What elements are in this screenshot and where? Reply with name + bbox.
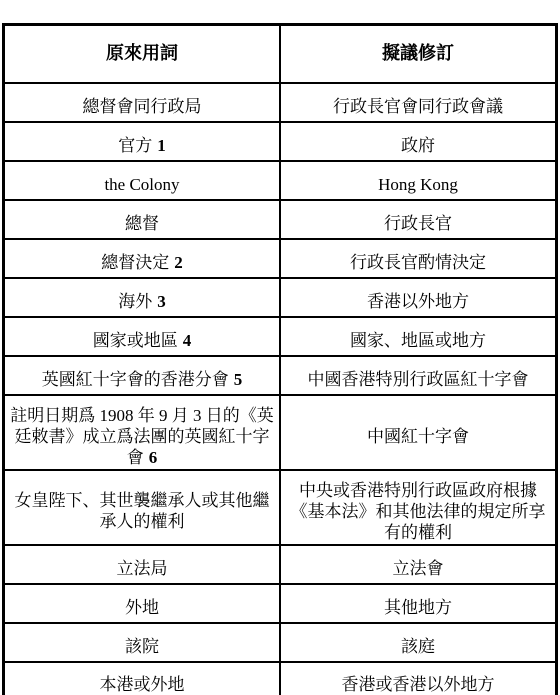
footnote-number: 3 bbox=[157, 292, 166, 311]
cell-original: 女皇陛下、其世襲繼承人或其他繼承人的權利 bbox=[4, 470, 281, 545]
cell-original: 立法局 bbox=[4, 545, 281, 584]
table-row: 國家或地區4 國家、地區或地方 bbox=[4, 317, 557, 356]
table-row: 外地 其他地方 bbox=[4, 584, 557, 623]
header-row: 原來用詞 擬議修訂 bbox=[4, 25, 557, 83]
cell-original: 總督決定2 bbox=[4, 239, 281, 278]
cell-original: 本港或外地 bbox=[4, 662, 281, 695]
footnote-number: 6 bbox=[149, 448, 158, 467]
table-row: 官方1 政府 bbox=[4, 122, 557, 161]
cell-text: 英國紅十字會的香港分會 bbox=[42, 370, 229, 389]
header-original-term: 原來用詞 bbox=[4, 25, 281, 83]
cell-text: 該庭 bbox=[401, 637, 435, 656]
cell-text: 立法局 bbox=[117, 559, 168, 578]
table-row: 總督會同行政局 行政長官會同行政會議 bbox=[4, 83, 557, 122]
cell-text: 香港或香港以外地方 bbox=[342, 675, 495, 694]
cell-text: 國家、地區或地方 bbox=[350, 331, 486, 350]
cell-original: 註明日期爲 1908 年 9 月 3 日的《英廷敕書》成立爲法團的英國紅十字會6 bbox=[4, 395, 281, 470]
cell-revised: 香港或香港以外地方 bbox=[280, 662, 557, 695]
document-page: 原來用詞 擬議修訂 總督會同行政局 行政長官會同行政會議 官方1 政府 the … bbox=[0, 0, 560, 695]
cell-original: 外地 bbox=[4, 584, 281, 623]
terminology-table: 原來用詞 擬議修訂 總督會同行政局 行政長官會同行政會議 官方1 政府 the … bbox=[2, 23, 558, 695]
cell-text: 總督 bbox=[125, 214, 159, 233]
cell-original: 國家或地區4 bbox=[4, 317, 281, 356]
cell-revised: 行政長官酌情決定 bbox=[280, 239, 557, 278]
cell-revised: 行政長官會同行政會議 bbox=[280, 83, 557, 122]
cell-text: 女皇陛下、其世襲繼承人或其他繼承人的權利 bbox=[15, 491, 270, 531]
footnote-number: 5 bbox=[234, 370, 243, 389]
cell-text: 國家或地區 bbox=[93, 331, 178, 350]
cell-text: 本港或外地 bbox=[100, 675, 185, 694]
cell-text: 官方 bbox=[118, 136, 152, 155]
table-row: 註明日期爲 1908 年 9 月 3 日的《英廷敕書》成立爲法團的英國紅十字會6… bbox=[4, 395, 557, 470]
table-row: 女皇陛下、其世襲繼承人或其他繼承人的權利 中央或香港特別行政區政府根據《基本法》… bbox=[4, 470, 557, 545]
cell-original: the Colony bbox=[4, 161, 281, 200]
cell-original: 官方1 bbox=[4, 122, 281, 161]
cell-revised: 中國紅十字會 bbox=[280, 395, 557, 470]
cell-original: 總督 bbox=[4, 200, 281, 239]
cell-revised: 行政長官 bbox=[280, 200, 557, 239]
header-proposed-revision: 擬議修訂 bbox=[280, 25, 557, 83]
cell-revised: 政府 bbox=[280, 122, 557, 161]
cell-text: 總督決定 bbox=[101, 253, 169, 272]
table-row: 海外3 香港以外地方 bbox=[4, 278, 557, 317]
cell-text: 行政長官 bbox=[384, 214, 452, 233]
cell-text: the Colony bbox=[104, 175, 179, 194]
table-row: 立法局 立法會 bbox=[4, 545, 557, 584]
cell-revised: 中央或香港特別行政區政府根據《基本法》和其他法律的規定所享有的權利 bbox=[280, 470, 557, 545]
cell-revised: 國家、地區或地方 bbox=[280, 317, 557, 356]
cell-text: 政府 bbox=[401, 136, 435, 155]
table-row: 總督 行政長官 bbox=[4, 200, 557, 239]
cell-text: 海外 bbox=[118, 292, 152, 311]
cell-text: 註明日期爲 1908 年 9 月 3 日的《英廷敕書》成立爲法團的英國紅十字會 bbox=[10, 406, 274, 467]
cell-text: 立法會 bbox=[393, 559, 444, 578]
table-row: 英國紅十字會的香港分會5 中國香港特別行政區紅十字會 bbox=[4, 356, 557, 395]
footnote-number: 2 bbox=[174, 253, 183, 272]
footnote-number: 1 bbox=[157, 136, 166, 155]
cell-revised: 香港以外地方 bbox=[280, 278, 557, 317]
cell-revised: 中國香港特別行政區紅十字會 bbox=[280, 356, 557, 395]
table-row: 本港或外地 香港或香港以外地方 bbox=[4, 662, 557, 695]
cell-original: 總督會同行政局 bbox=[4, 83, 281, 122]
cell-original: 英國紅十字會的香港分會5 bbox=[4, 356, 281, 395]
cell-original: 該院 bbox=[4, 623, 281, 662]
cell-text: 外地 bbox=[125, 598, 159, 617]
cell-original: 海外3 bbox=[4, 278, 281, 317]
cell-text: 中央或香港特別行政區政府根據《基本法》和其他法律的規定所享有的權利 bbox=[291, 481, 546, 542]
cell-text: 該院 bbox=[125, 637, 159, 656]
cell-text: 行政長官會同行政會議 bbox=[333, 97, 503, 116]
cell-text: 香港以外地方 bbox=[367, 292, 469, 311]
cell-revised: 該庭 bbox=[280, 623, 557, 662]
cell-text: Hong Kong bbox=[378, 175, 458, 194]
cell-revised: 立法會 bbox=[280, 545, 557, 584]
table-row: 該院 該庭 bbox=[4, 623, 557, 662]
table-row: 總督決定2 行政長官酌情決定 bbox=[4, 239, 557, 278]
cell-text: 總督會同行政局 bbox=[83, 97, 202, 116]
cell-text: 行政長官酌情決定 bbox=[350, 253, 486, 272]
cell-text: 中國紅十字會 bbox=[367, 427, 469, 446]
cell-revised: 其他地方 bbox=[280, 584, 557, 623]
table-row: the Colony Hong Kong bbox=[4, 161, 557, 200]
footnote-number: 4 bbox=[183, 331, 192, 350]
cell-revised: Hong Kong bbox=[280, 161, 557, 200]
cell-text: 中國香港特別行政區紅十字會 bbox=[308, 370, 529, 389]
cell-text: 其他地方 bbox=[384, 598, 452, 617]
